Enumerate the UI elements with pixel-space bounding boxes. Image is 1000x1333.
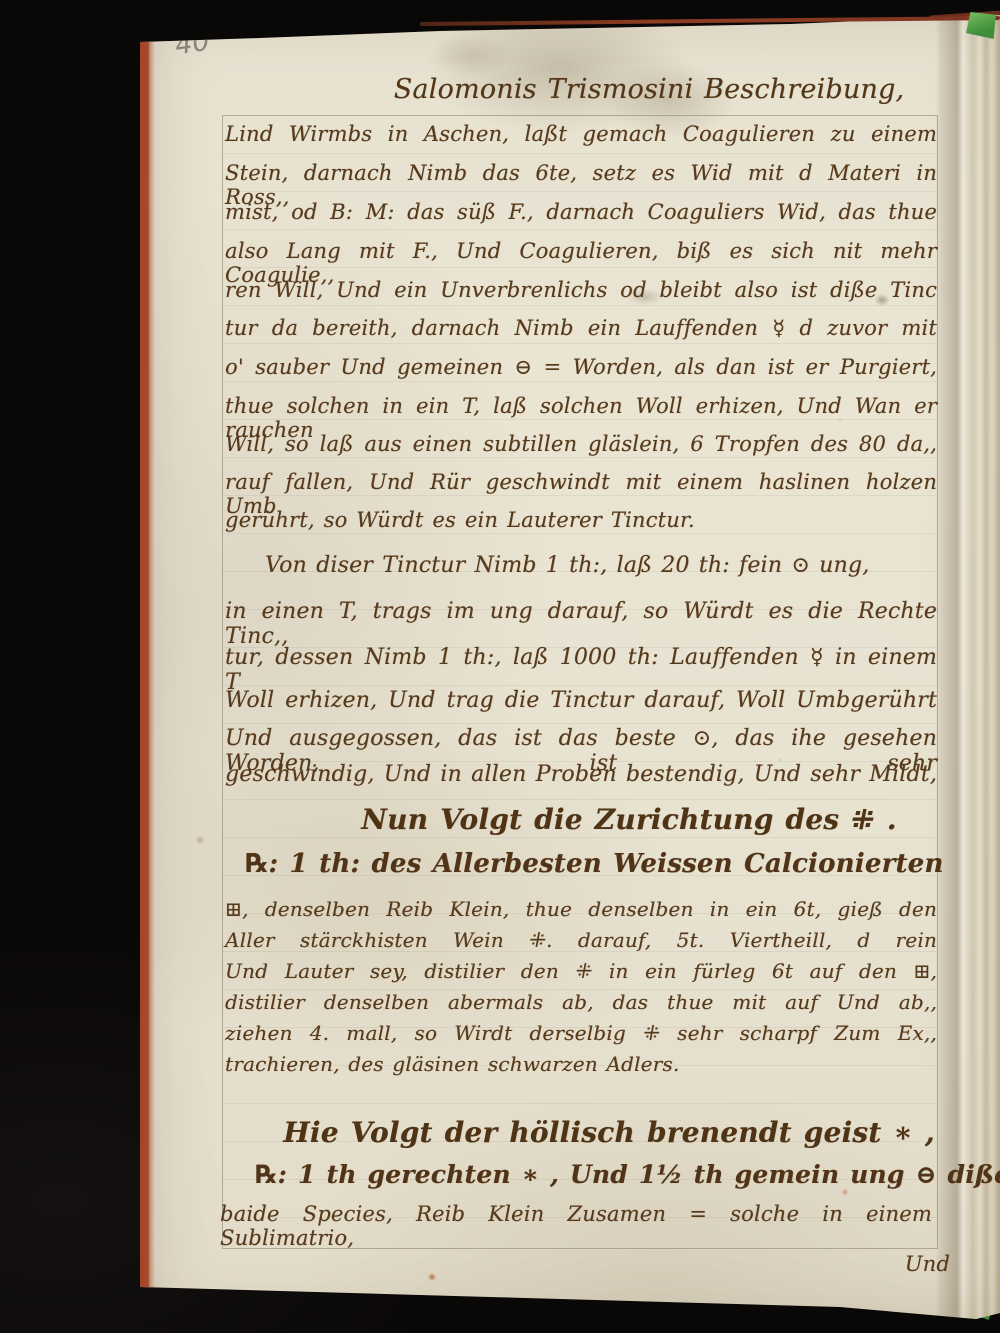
manuscript-line: geschwindig, Und in allen Proben bestend…: [225, 762, 937, 787]
manuscript-page: 40 Salomonis Trismosini Beschreibung, Li…: [140, 0, 1000, 1333]
recipe-opening: ℞: 1 th: des Allerbesten Weissen Calcion…: [245, 849, 957, 879]
manuscript-line: baide Species, Reib Klein Zusamen = solc…: [220, 1202, 932, 1250]
catchword: Und: [222, 1252, 950, 1276]
manuscript-line: o' sauber Und gemeinen ⊖ = Worden, als d…: [225, 355, 937, 379]
page-title: Salomonis Trismosini Beschreibung,: [222, 74, 1000, 105]
manuscript-line: ⊞, denselben Reib Klein, thue denselben …: [225, 897, 937, 921]
manuscript-line: tur da bereith, darnach Nimb ein Lauffen…: [225, 316, 937, 340]
manuscript-line: Von diser Tinctur Nimb 1 th:, laß 20 th:…: [265, 553, 937, 578]
manuscript-line: trachieren, des gläsinen schwarzen Adler…: [225, 1052, 937, 1076]
section-heading: Nun Volgt die Zurichtung des ⁜ .: [222, 803, 986, 836]
manuscript-line: Aller stärckhisten Wein ⁜. darauf, 5t. V…: [225, 928, 937, 952]
manuscript-line: gerührt, so Würdt es ein Lauterer Tinctu…: [225, 508, 937, 532]
manuscript-line: ziehen 4. mall, so Wirdt derselbig ⁜ seh…: [225, 1021, 937, 1045]
manuscript-line: Lind Wirmbs in Aschen, laßt gemach Coagu…: [225, 122, 937, 146]
manuscript-line: Und Lauter sey, distilier den ⁜ in ein f…: [225, 959, 937, 983]
section-heading: Hie Volgt der höllisch brenendt geist ∗ …: [222, 1116, 966, 1149]
recipe-opening: ℞: 1 th gerechten ∗ , Und 1½ th gemein u…: [255, 1160, 967, 1189]
manuscript-line: Woll erhizen, Und trag die Tinctur darau…: [225, 688, 937, 713]
manuscript-line: ren Will, Und ein Unverbrenlichs od blei…: [225, 278, 937, 302]
folio-number: 40: [173, 26, 212, 62]
photograph-background: 40 Salomonis Trismosini Beschreibung, Li…: [0, 0, 1000, 1333]
manuscript-line: mist, od B: M: das süß F., darnach Coagu…: [225, 200, 937, 224]
manuscript-line: Will, so laß aus einen subtillen gläslei…: [225, 432, 937, 456]
manuscript-line: distilier denselben abermals ab, das thu…: [225, 990, 937, 1014]
manuscript-line: in einen T, trags im ung darauf, so Würd…: [225, 599, 937, 649]
